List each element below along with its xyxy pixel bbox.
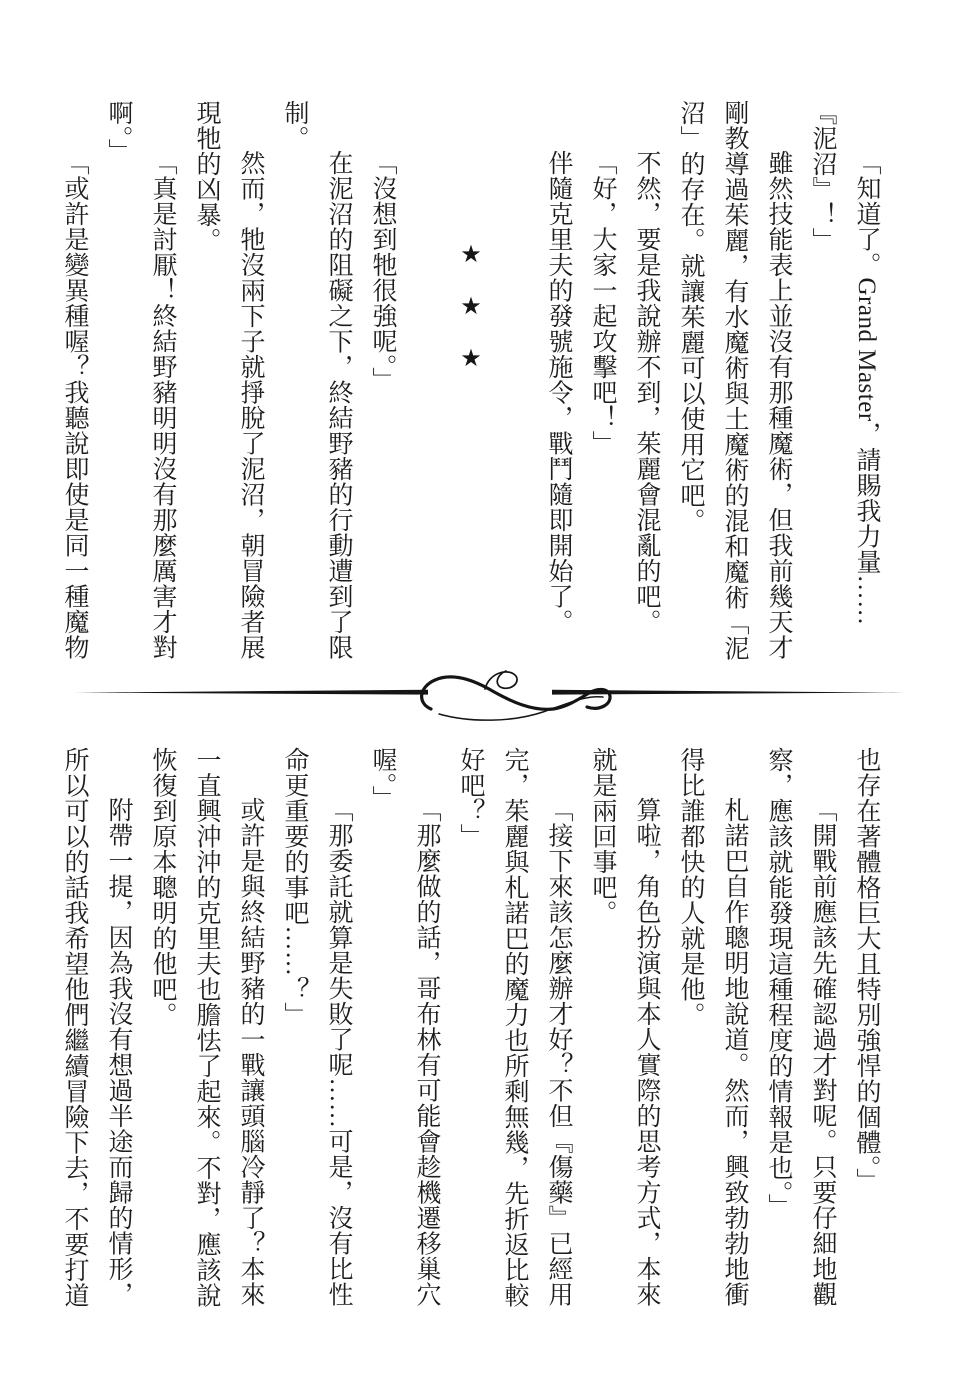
text-column: 現牠的凶暴。	[184, 100, 228, 684]
text-column: 附帶一提，因為我沒有想過半途而歸的情形，	[96, 747, 140, 1331]
text-column: 好吧？」	[448, 747, 492, 1331]
text-column: 命更重要的事吧……？」	[272, 747, 316, 1331]
top-text-section: 「知道了。Grand Master，請賜我力量…… 『泥沼』！」 雖然技能表上並…	[52, 100, 888, 684]
text-column: 沼」的存在。就讓茱麗可以使用它吧。	[668, 100, 712, 684]
text-column: 剛教導過茱麗，有水魔術與土魔術的混和魔術「泥	[712, 100, 756, 684]
text-column: 一直興沖沖的克里夫也膽怯了起來。不對，應該說	[184, 747, 228, 1331]
text-column: 就是兩回事吧。	[580, 747, 624, 1331]
text-column: 「知道了。Grand Master，請賜我力量……	[844, 100, 888, 684]
text-column: 完，茱麗與札諾巴的魔力也所剩無幾，先折返比較	[492, 747, 536, 1331]
blank-column	[492, 100, 536, 684]
text-column: 在泥沼的阻礙之下，終結野豬的行動遭到了限	[316, 100, 360, 684]
text-column: 「那麼做的話，哥布林有可能會趁機遷移巢穴	[404, 747, 448, 1331]
text-column: 然而，牠沒兩下子就掙脫了泥沼，朝冒險者展	[228, 100, 272, 684]
divider-line-left	[75, 690, 428, 695]
text-column: 伴隨克里夫的發號施令，戰鬥隨即開始了。	[536, 100, 580, 684]
text-column: 所以可以的話我希望他們繼續冒險下去，不要打道	[52, 747, 96, 1331]
text-column: 「沒想到牠很強呢。」	[360, 100, 404, 684]
text-column: 「那委託就算是失敗了呢……可是，沒有比性	[316, 747, 360, 1331]
text-column: 制。	[272, 100, 316, 684]
flourish-icon	[422, 671, 610, 720]
text-column: 「好，大家一起攻擊吧！」	[580, 100, 624, 684]
scene-break-stars: ★★★	[448, 100, 492, 684]
text-column: 啊。」	[96, 100, 140, 684]
text-column: 『泥沼』！」	[800, 100, 844, 684]
text-column: 「或許是變異種喔？我聽說即使是同一種魔物	[52, 100, 96, 684]
text-column: 札諾巴自作聰明地說道。然而，興致勃勃地衝	[712, 747, 756, 1331]
blank-column	[404, 100, 448, 684]
text-column: 得比誰都快的人就是他。	[668, 747, 712, 1331]
bottom-text-section: 也存在著體格巨大且特別強悍的個體。」 「開戰前應該先確認過才對呢。只要仔細地觀 …	[52, 747, 888, 1331]
text-column: 察，應該就能發現這種程度的情報是也。」	[756, 747, 800, 1331]
text-column: 算啦，角色扮演與本人實際的思考方式，本來	[624, 747, 668, 1331]
text-column: 「接下來該怎麼辦才好？不但『傷藥』已經用	[536, 747, 580, 1331]
text-column: 喔。」	[360, 747, 404, 1331]
text-column: 也存在著體格巨大且特別強悍的個體。」	[844, 747, 888, 1331]
section-divider	[75, 667, 905, 723]
novel-page: 「知道了。Grand Master，請賜我力量…… 『泥沼』！」 雖然技能表上並…	[0, 0, 980, 1389]
text-column: 恢復到原本聰明的他吧。	[140, 747, 184, 1331]
text-column: 「開戰前應該先確認過才對呢。只要仔細地觀	[800, 747, 844, 1331]
text-column: 不然，要是我說辦不到，茱麗會混亂的吧。	[624, 100, 668, 684]
text-column: 或許是與終結野豬的一戰讓頭腦冷靜了？本來	[228, 747, 272, 1331]
text-column: 雖然技能表上並沒有那種魔術，但我前幾天才	[756, 100, 800, 684]
text-column: 「真是討厭！終結野豬明明沒有那麼厲害才對	[140, 100, 184, 684]
